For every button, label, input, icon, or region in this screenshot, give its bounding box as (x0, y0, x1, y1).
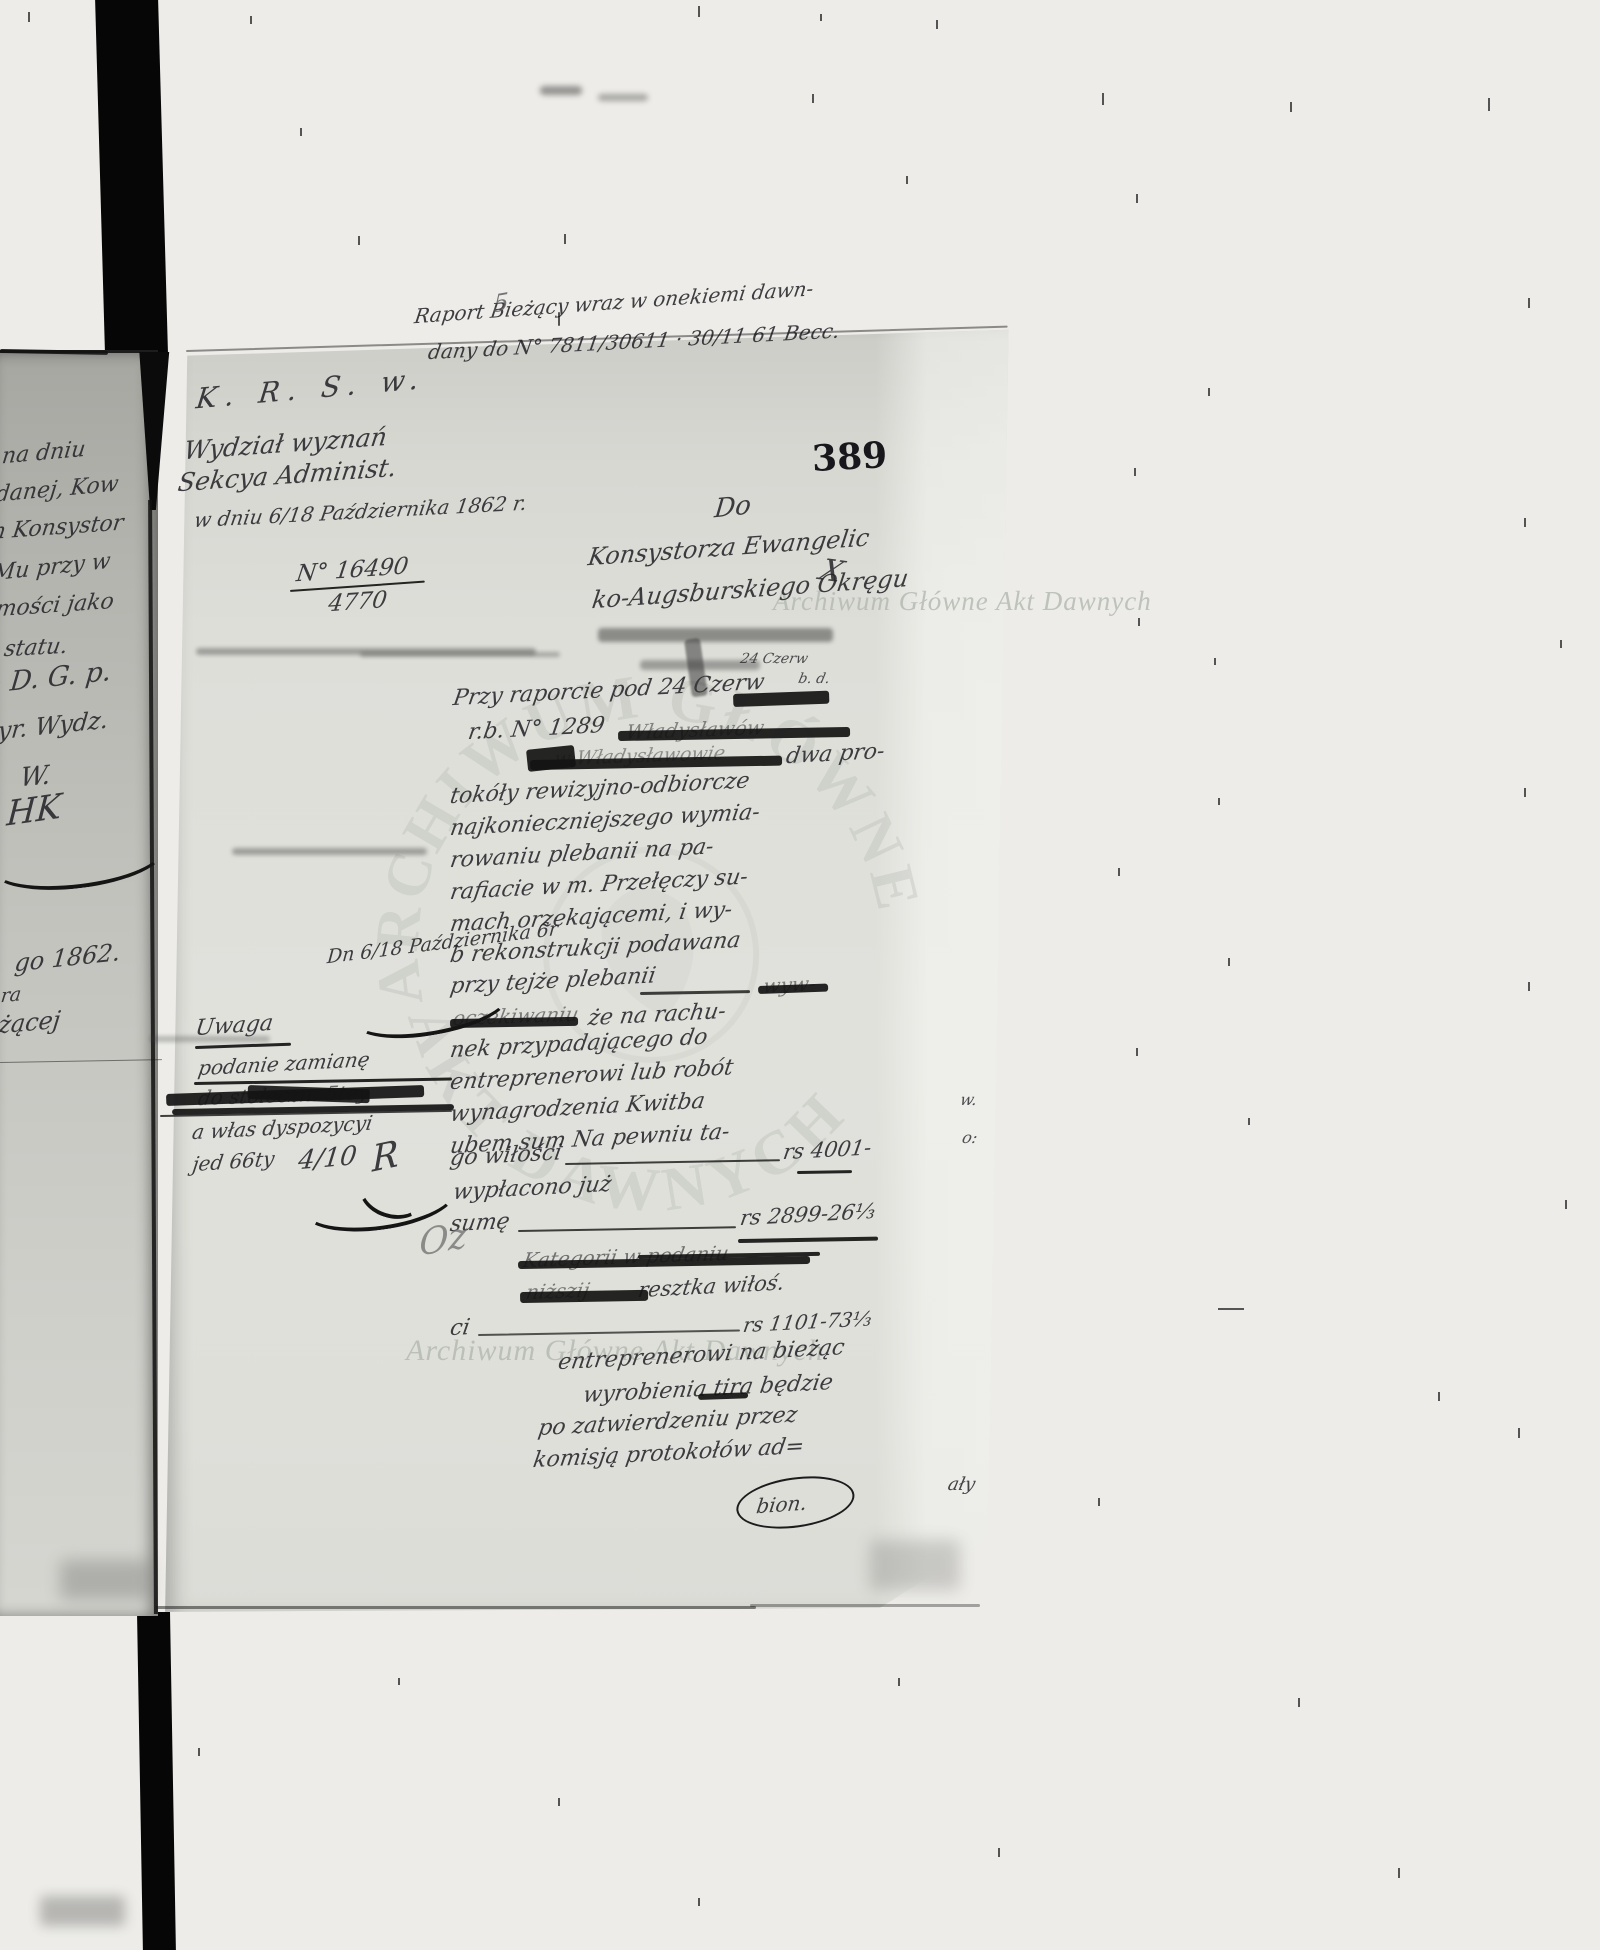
smear-mark (598, 94, 648, 101)
film-artifact (1214, 658, 1216, 665)
film-artifact (28, 12, 30, 22)
handwriting-line: Raport Bieżący wraz w onekiemi dawn- (413, 278, 815, 326)
film-artifact (1218, 798, 1220, 805)
handwriting-line: Do (713, 492, 752, 522)
handwriting-line: r.b. N° 1289 (466, 715, 606, 744)
handwriting-line: w dniu 6/18 Października 1862 r. (193, 493, 529, 531)
film-artifact (1136, 1048, 1138, 1056)
strike-mark (0, 1059, 162, 1063)
film-artifact (358, 236, 360, 245)
handwriting-line: komisją protokołów ad= (531, 1436, 805, 1472)
strike-mark (518, 1226, 736, 1232)
handwriting-line: N° 16490 (295, 555, 410, 586)
film-artifact (1228, 958, 1230, 966)
strike-mark (520, 1290, 648, 1303)
strike-mark (0, 349, 108, 355)
film-artifact (1565, 1200, 1567, 1209)
film-artifact (812, 94, 814, 103)
handwriting-line: rs 1101-73⅓ (742, 1308, 874, 1335)
strike-mark (565, 1159, 780, 1165)
strike-mark (738, 1237, 878, 1243)
film-artifact (1438, 1392, 1440, 1401)
handwriting-line: rs 4001- (782, 1137, 873, 1163)
film-artifact (564, 234, 566, 244)
handwriting-line: dwa pro- (784, 741, 886, 768)
handwriting-line: ały (946, 1476, 977, 1494)
strike-mark (478, 1329, 740, 1336)
film-artifact (1118, 868, 1120, 876)
handwriting-line: nek przypadającego do (448, 1027, 709, 1063)
handwriting-line: 4770 (327, 589, 389, 616)
handwriting-line: a włas dyspozycyi (191, 1113, 374, 1143)
film-artifact (1134, 468, 1136, 476)
film-artifact (906, 176, 908, 184)
handwriting-line: jed 66ty (191, 1148, 276, 1174)
strike-mark (558, 312, 560, 326)
film-artifact (698, 6, 700, 17)
smear-mark (150, 1036, 270, 1042)
strike-mark (640, 990, 750, 995)
handwriting-line: ko-Augsburskiego Okręgu (591, 566, 910, 612)
handwriting-line: o: (961, 1130, 979, 1146)
handwriting-line: po zatwierdzeniu przez (536, 1404, 798, 1440)
film-artifact (936, 20, 938, 29)
smear-mark (598, 628, 833, 642)
smear-mark (870, 1540, 960, 1590)
film-artifact (1102, 93, 1104, 105)
handwriting-line: wypłacono już (451, 1174, 612, 1204)
film-artifact (1248, 1118, 1250, 1125)
strike-mark (797, 1170, 852, 1174)
film-artifact (1290, 102, 1292, 112)
handwriting-line: 4/10 (297, 1143, 358, 1174)
smear-mark (60, 1560, 150, 1600)
strike-mark (156, 1606, 756, 1609)
film-artifact (1488, 98, 1490, 111)
handwriting-line: w. (959, 1092, 979, 1108)
film-artifact (398, 1678, 400, 1685)
film-artifact (1528, 298, 1530, 308)
film-artifact (250, 16, 252, 24)
film-artifact (300, 128, 302, 136)
handwriting-line: ci (448, 1317, 471, 1340)
film-artifact (1528, 982, 1530, 991)
smear-mark (40, 1896, 125, 1926)
strike-mark (750, 1604, 980, 1607)
film-artifact (1208, 388, 1210, 396)
film-artifact (1398, 1868, 1400, 1878)
handwriting-line: b. d. (797, 672, 831, 686)
film-artifact (698, 1898, 700, 1906)
handwriting-line: Oz (419, 1218, 468, 1263)
film-artifact (820, 14, 822, 21)
film-artifact (558, 1798, 560, 1806)
strike-mark (733, 691, 829, 707)
smear-mark (540, 86, 582, 95)
film-artifact (198, 1748, 200, 1756)
scanned-document: yp na dniuwydanej, Kowym KonsystorMu prz… (0, 0, 1600, 1950)
handwriting-line: wynagrodzenia Kwitba (448, 1091, 706, 1127)
handwriting-line: resztka wiłoś. (637, 1272, 786, 1301)
film-artifact (1524, 788, 1526, 797)
handwriting-line: 5 (493, 289, 509, 316)
strike-mark (758, 984, 828, 994)
film-artifact (1138, 618, 1140, 626)
handwriting-line: entreprenerowi na bieżąc (556, 1337, 846, 1374)
handwriting-line: rs 2899-26⅓ (739, 1201, 877, 1229)
film-artifact (998, 1848, 1000, 1857)
film-artifact (1136, 194, 1138, 203)
handwriting-line: rowaniu plebanii na pa- (448, 836, 715, 872)
film-artifact (1218, 1308, 1244, 1310)
handwriting-line: K. R. S. w. (195, 365, 429, 414)
smear-mark (360, 652, 560, 657)
smear-mark (232, 848, 427, 855)
flourish-mark (0, 821, 168, 899)
strike-mark (195, 1043, 291, 1049)
handwriting-line: Przy raporcie pod 24 Czerw (451, 672, 765, 711)
film-artifact (1518, 1428, 1520, 1438)
film-artifact (1524, 518, 1526, 527)
main-page-handwriting: K. R. S. w.Wydział wyznańSekcya Administ… (0, 0, 1600, 1950)
handwriting-line: podanie zamianę (197, 1049, 371, 1078)
handwriting-line: go wiłości (448, 1142, 563, 1170)
film-artifact (1298, 1698, 1300, 1707)
flourish-mark (733, 1469, 858, 1535)
film-artifact (898, 1678, 900, 1686)
film-artifact (1560, 640, 1562, 648)
film-artifact (1098, 1498, 1100, 1506)
